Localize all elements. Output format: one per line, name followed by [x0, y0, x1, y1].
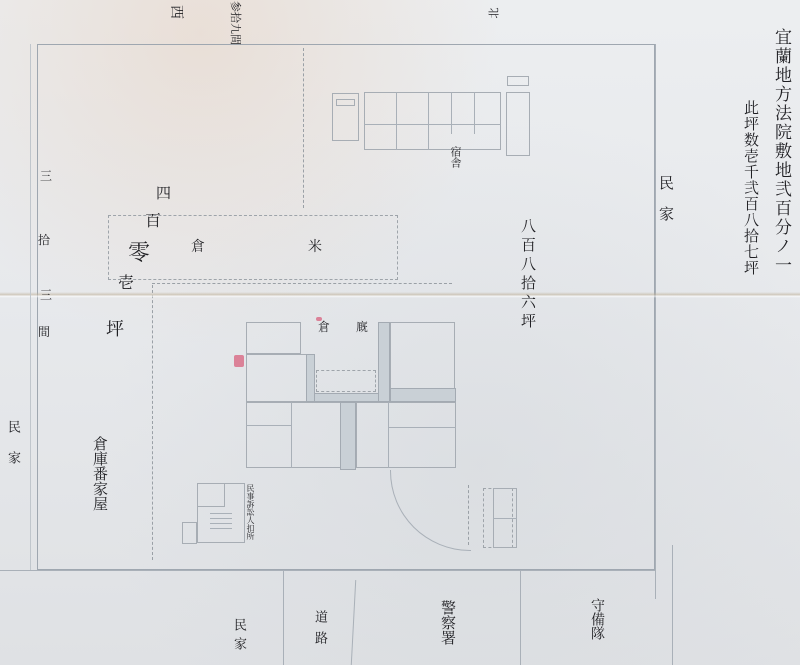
se-building-hline: [493, 518, 517, 519]
sw-building-inner: [197, 483, 225, 507]
area-note-3: 零: [128, 236, 150, 267]
main-building-left-block: [246, 354, 308, 402]
north-building-label: 宿舎: [450, 146, 461, 168]
sw-stair-3: [210, 523, 232, 524]
lower-left-divider: [291, 402, 292, 468]
prison-clerk-label: 民事訴訟人扣所: [246, 484, 254, 540]
right-area-note: 八百八拾六坪: [520, 218, 535, 332]
right-dashed-divider: [468, 485, 469, 545]
left-dim-2: 拾: [38, 231, 50, 248]
police-station-label: 警察署: [440, 600, 455, 645]
warehouse-keeper-label: 倉庫番家屋: [92, 436, 107, 511]
left-dim-3: 三: [40, 286, 52, 303]
lower-right-divider: [388, 402, 389, 468]
sw-stair-2: [210, 518, 232, 519]
north-building-hline: [364, 124, 501, 125]
north-building-divider-3: [451, 92, 452, 134]
sw-stair-4: [210, 528, 232, 529]
road-divider-3: [520, 571, 521, 665]
main-building-corridor-v1: [306, 354, 315, 402]
area-note-1: 四: [156, 182, 171, 203]
north-building-divider-1: [396, 92, 397, 150]
north-building-right-wing: [506, 92, 530, 156]
main-building-corridor-lower: [340, 402, 356, 470]
left-dim-1: 三: [40, 167, 52, 184]
north-divider: [303, 48, 304, 208]
main-building-upper-left: [246, 322, 301, 354]
north-building-left-wing-label-box: [336, 99, 355, 106]
rice-storehouse-label-2: 米: [308, 236, 322, 256]
red-seal-mark: [234, 355, 244, 367]
left-neighbor-label: 民家: [6, 420, 19, 482]
right-neighbor-label: 民家: [658, 175, 673, 237]
main-building-label-2: 廐: [356, 318, 368, 335]
main-building-lower-left: [246, 402, 346, 468]
top-dimension-label: 参拾九間: [228, 1, 244, 45]
rice-storehouse-bottom-dashed: [152, 283, 452, 284]
main-building-corridor-v2: [378, 322, 390, 402]
sw-small-box: [182, 522, 197, 544]
left-outer-line: [30, 44, 31, 570]
area-note-2: 百: [145, 208, 161, 231]
west-label: 西: [167, 5, 187, 19]
north-building-main: [364, 92, 501, 150]
red-seal-mark-small: [316, 317, 322, 321]
document-title: 宜蘭地方法院敷地弐百分ノ一: [772, 28, 789, 275]
road-label: 道路: [313, 610, 326, 652]
bottom-left-neighbor-label: 民家: [232, 618, 245, 656]
area-note-5: 坪: [106, 315, 124, 341]
north-building-divider-2: [428, 92, 429, 150]
guard-station-label: 守備隊: [590, 598, 604, 640]
area-note-4: 壱: [118, 270, 134, 293]
lower-right-hline: [388, 427, 456, 428]
main-building-lower-right: [356, 402, 456, 468]
north-building-divider-4: [474, 92, 475, 134]
north-label: 北: [488, 8, 499, 19]
sw-stair-1: [210, 513, 232, 514]
main-building-right-upper: [390, 322, 455, 390]
left-dim-4: 間: [38, 323, 50, 340]
bottom-road-line: [0, 570, 655, 571]
main-building-inner-court: [316, 370, 376, 392]
road-divider-1: [283, 571, 284, 665]
lower-left-hline: [246, 425, 291, 426]
west-divider: [152, 285, 153, 560]
north-building-right-top: [507, 76, 529, 86]
rice-storehouse-label-1: 倉: [191, 236, 205, 256]
far-right-line: [672, 545, 673, 665]
main-building-corridor-right: [390, 388, 456, 402]
document-subtitle: 此坪数壱千弐百八拾七坪: [743, 100, 758, 276]
right-boundary-line: [655, 44, 656, 599]
